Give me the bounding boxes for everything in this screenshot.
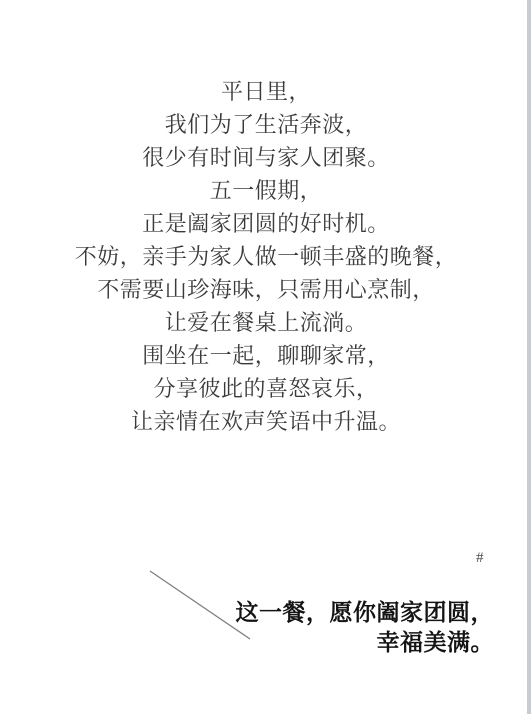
poem-text-block: 平日里， 我们为了生活奔波， 很少有时间与家人团聚。 五一假期， 正是阖家团圆的… <box>0 75 532 438</box>
poem-line: 不妨，亲手为家人做一顿丰盛的晚餐， <box>0 240 532 273</box>
hash-symbol: # <box>476 550 484 567</box>
closing-message-block: 这一餐，愿你阖家团圆， 幸福美满。 <box>236 598 495 658</box>
poem-line: 让爱在餐桌上流淌。 <box>0 306 532 339</box>
right-edge-strip <box>527 0 531 714</box>
poem-line: 我们为了生活奔波， <box>0 108 532 141</box>
poem-line: 围坐在一起，聊聊家常， <box>0 339 532 372</box>
poem-line: 五一假期， <box>0 174 532 207</box>
closing-line: 幸福美满。 <box>236 628 495 658</box>
poem-line: 正是阖家团圆的好时机。 <box>0 207 532 240</box>
poem-line: 不需要山珍海味，只需用心烹制， <box>0 273 532 306</box>
closing-line: 这一餐，愿你阖家团圆， <box>236 598 495 628</box>
poem-line: 让亲情在欢声笑语中升温。 <box>0 405 532 438</box>
poem-line: 平日里， <box>0 75 532 108</box>
poem-line: 很少有时间与家人团聚。 <box>0 141 532 174</box>
document-page: 平日里， 我们为了生活奔波， 很少有时间与家人团聚。 五一假期， 正是阖家团圆的… <box>0 0 532 714</box>
poem-line: 分享彼此的喜怒哀乐， <box>0 372 532 405</box>
